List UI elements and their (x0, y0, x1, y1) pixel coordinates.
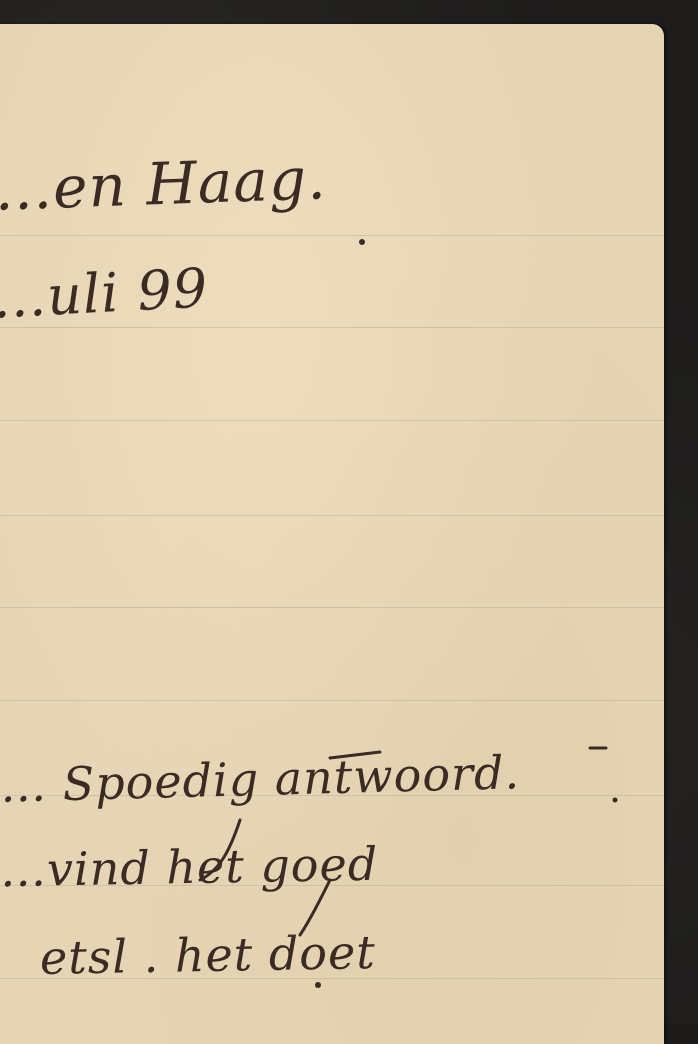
letter-date: …uli 99 (0, 256, 210, 330)
letter-place: …en Haag. (0, 144, 328, 224)
ruled-line (0, 420, 664, 421)
ruled-line (0, 235, 664, 236)
ruled-line (0, 607, 664, 608)
body-line-2: …vind het goed (0, 837, 379, 898)
ruled-line (0, 515, 664, 516)
ruled-line (0, 700, 664, 701)
body-line-3: etsl . het doet (40, 925, 377, 985)
ruled-line (0, 327, 664, 328)
